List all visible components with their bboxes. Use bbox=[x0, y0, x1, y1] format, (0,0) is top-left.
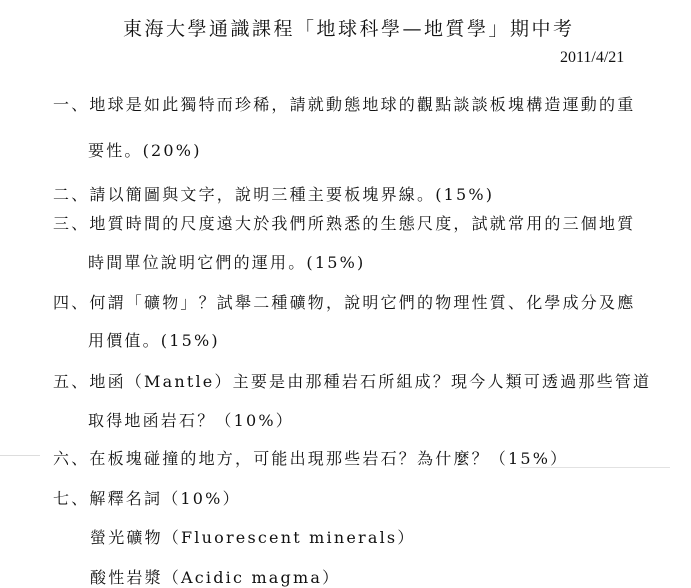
question-number: 六、 bbox=[53, 449, 89, 468]
question-text: 地球是如此獨特而珍稀，請就動態地球的觀點談談板塊構造運動的重 bbox=[89, 95, 635, 114]
question-text: 地質時間的尺度遠大於我們所熟悉的生態尺度，試就常用的三個地質 bbox=[89, 214, 635, 233]
question-number: 七、 bbox=[53, 489, 89, 508]
question-3-line-1: 三、地質時間的尺度遠大於我們所熟悉的生態尺度，試就常用的三個地質 bbox=[53, 211, 635, 234]
question-1-line-2: 要性。(20%) bbox=[88, 138, 202, 161]
question-number: 二、 bbox=[53, 185, 89, 204]
scan-artifact bbox=[0, 455, 40, 456]
scan-artifact bbox=[520, 467, 670, 468]
question-text: 何謂「礦物」？試舉二種礦物，說明它們的物理性質、化學成分及應 bbox=[89, 293, 635, 312]
question-number: 五、 bbox=[53, 372, 89, 391]
question-text: 解釋名詞（10%） bbox=[89, 489, 240, 508]
term-fluorescent-minerals: 螢光礦物（Fluorescent minerals） bbox=[90, 525, 416, 548]
question-number: 三、 bbox=[53, 214, 89, 233]
question-text: 在板塊碰撞的地方，可能出現那些岩石？為什麼？（15%） bbox=[89, 449, 568, 468]
question-3-line-2: 時間單位說明它們的運用。(15%) bbox=[88, 250, 365, 273]
exam-date: 2011/4/21 bbox=[560, 49, 624, 67]
question-4-line-2: 用價值。(15%) bbox=[88, 328, 220, 351]
question-5-line-2: 取得地函岩石？（10%） bbox=[88, 408, 294, 431]
question-7-line-1: 七、解釋名詞（10%） bbox=[53, 486, 241, 509]
term-acidic-magma: 酸性岩漿（Acidic magma） bbox=[90, 565, 340, 588]
question-text: 地函（Mantle）主要是由那種岩石所組成？現今人類可透過那些管道 bbox=[89, 372, 651, 391]
question-6-line-1: 六、在板塊碰撞的地方，可能出現那些岩石？為什麼？（15%） bbox=[53, 446, 568, 469]
question-number: 四、 bbox=[53, 293, 89, 312]
question-text: 請以簡圖與文字，說明三種主要板塊界線。(15%) bbox=[89, 185, 494, 204]
question-5-line-1: 五、地函（Mantle）主要是由那種岩石所組成？現今人類可透過那些管道 bbox=[53, 369, 651, 392]
exam-title: 東海大學通識課程「地球科學—地質學」期中考 bbox=[123, 14, 575, 41]
question-1-line-1: 一、地球是如此獨特而珍稀，請就動態地球的觀點談談板塊構造運動的重 bbox=[53, 92, 635, 115]
question-2-line-1: 二、請以簡圖與文字，說明三種主要板塊界線。(15%) bbox=[53, 182, 494, 205]
question-number: 一、 bbox=[53, 95, 89, 114]
question-4-line-1: 四、何謂「礦物」？試舉二種礦物，說明它們的物理性質、化學成分及應 bbox=[53, 290, 635, 313]
